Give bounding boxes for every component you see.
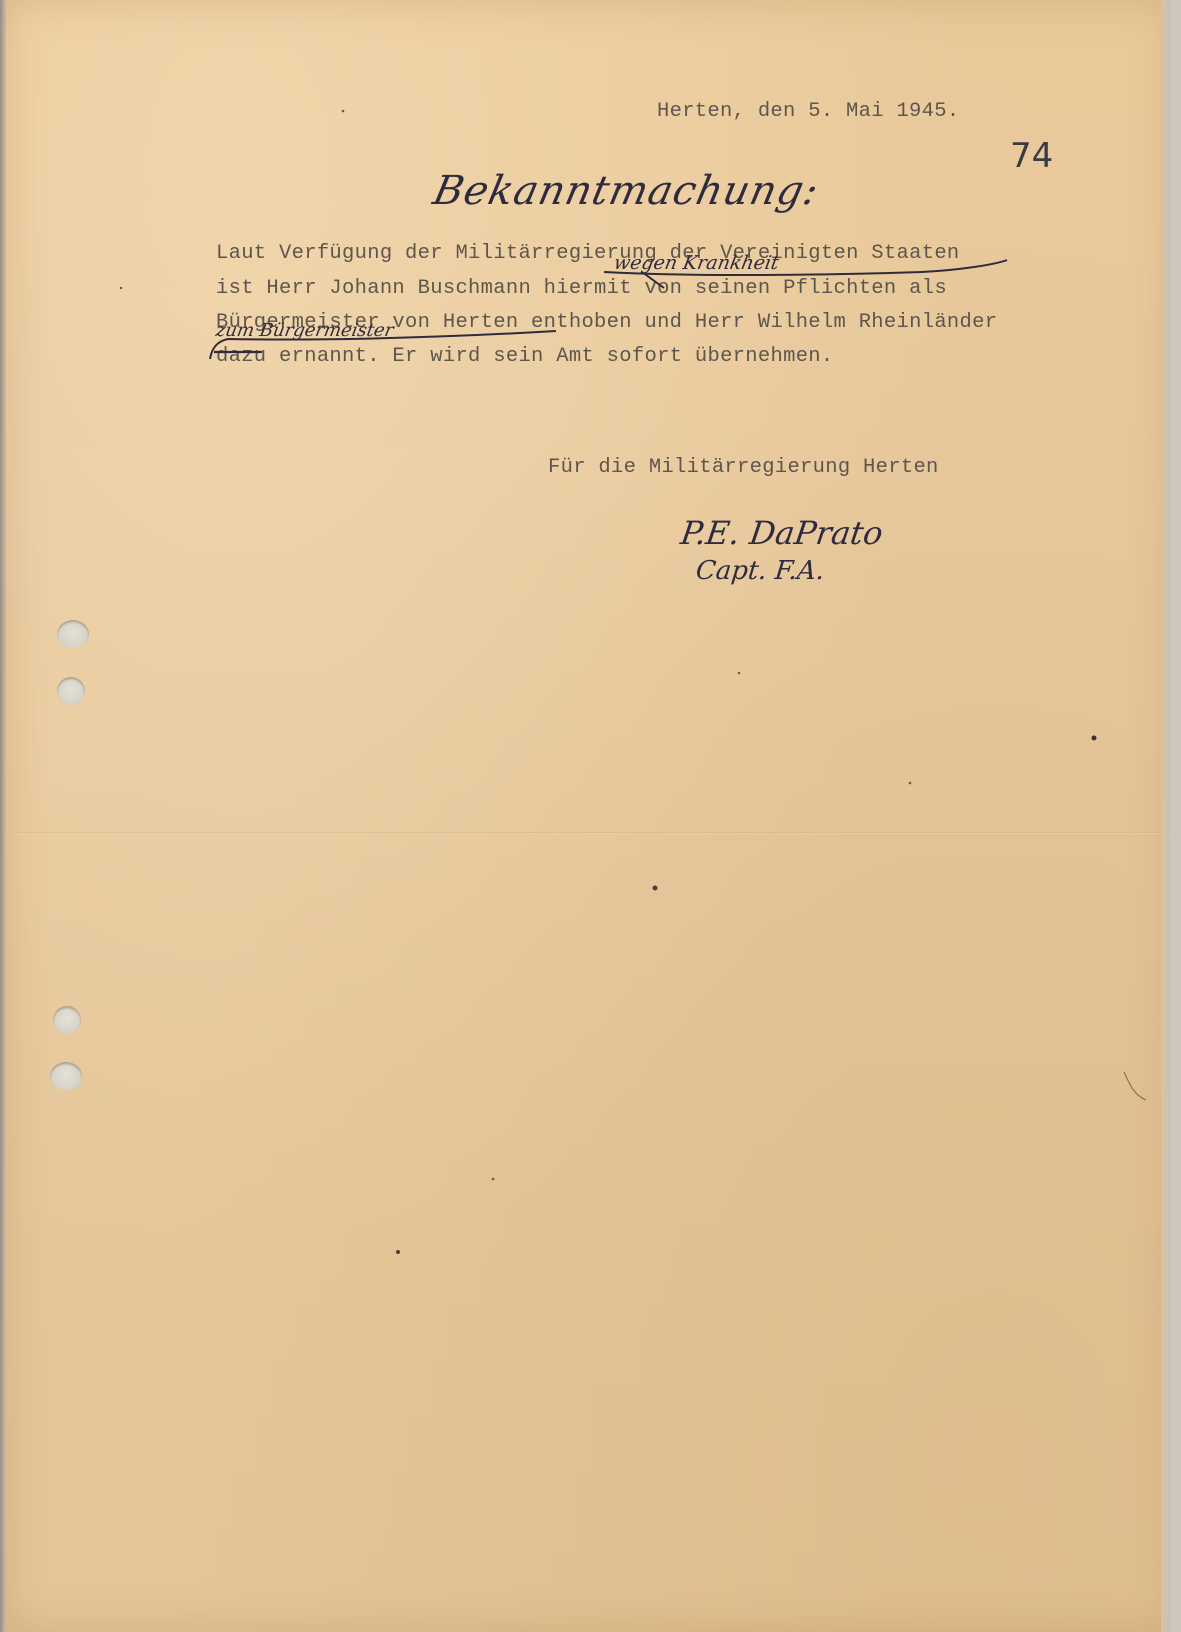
punch-hole-2 bbox=[57, 677, 85, 705]
handwritten-insertion-buergermeister: zum Bürgermeister bbox=[214, 320, 395, 341]
punch-hole-torn-1 bbox=[57, 620, 89, 648]
place-date-line: Herten, den 5. Mai 1945. bbox=[657, 102, 959, 123]
signature-for-line: Für die Militärregierung Herten bbox=[548, 458, 939, 479]
signature: P.E. DaPrato bbox=[678, 514, 885, 552]
document-page: Herten, den 5. Mai 1945. 74 Bekanntmachu… bbox=[6, 0, 1171, 1632]
handwritten-insertion-krankheit: wegen Krankheit bbox=[612, 252, 781, 274]
punch-hole-3 bbox=[53, 1006, 81, 1034]
punch-hole-torn-4 bbox=[50, 1062, 82, 1090]
handwritten-title: Bekanntmachung: bbox=[429, 168, 823, 214]
signature-rank: Capt. F.A. bbox=[694, 556, 825, 586]
body-line-4: dazu ernannt. Er wird sein Amt sofort üb… bbox=[216, 347, 834, 368]
body-line-1: Laut Verfügung der Militärregierung der … bbox=[216, 244, 960, 265]
body-line-2: ist Herr Johann Buschmann hiermit von se… bbox=[216, 279, 947, 300]
paper-right-edge bbox=[1161, 0, 1171, 1632]
paper-fold-line bbox=[12, 832, 1177, 834]
archive-page-number: 74 bbox=[1010, 136, 1053, 176]
